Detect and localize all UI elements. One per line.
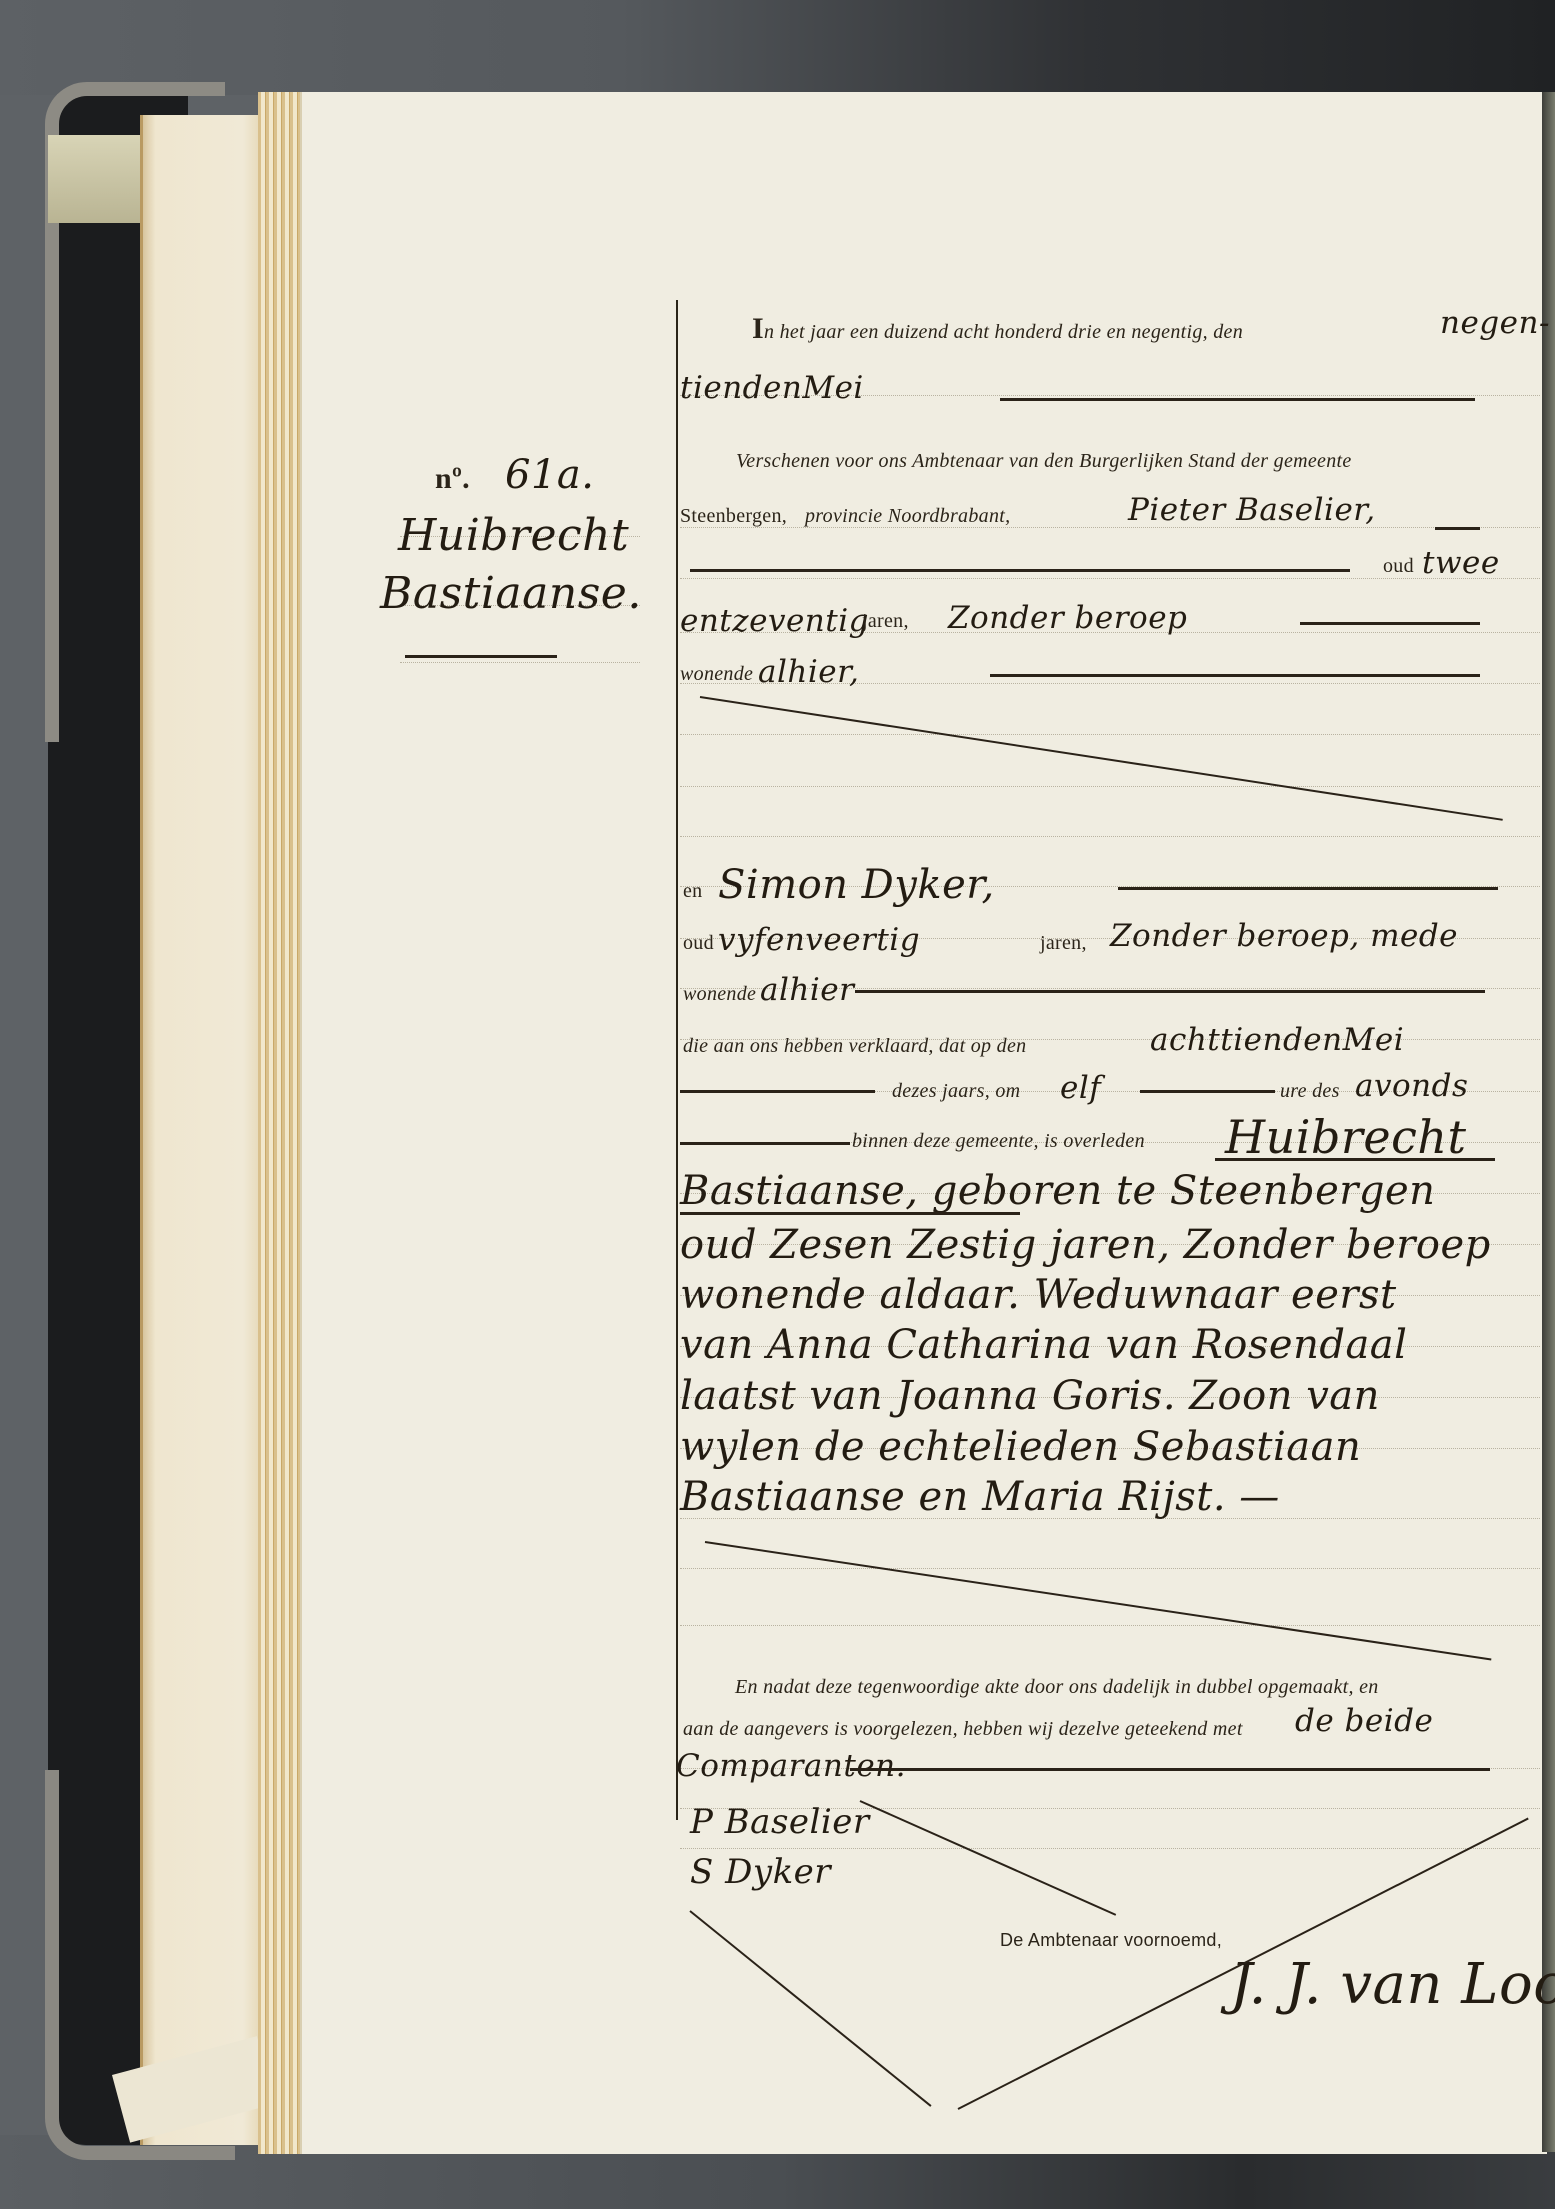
deceased-age-occupation: oud Zesen Zestig jaren, Zonder beroep (680, 1222, 1491, 1268)
comparants: Comparanten. (676, 1748, 906, 1784)
fill-line (850, 1768, 1490, 1771)
declarant1-age-part2: entzeventig (680, 603, 869, 639)
death-time-of-day: avonds (1355, 1068, 1468, 1104)
death-date: achttiendenMei (1150, 1022, 1404, 1058)
text-line-13: binnen deze gemeente, is overleden (852, 1130, 1145, 1153)
ruled-line (680, 734, 1540, 735)
residing-label: wonende (680, 663, 753, 686)
margin-name-first: Huibrecht (398, 510, 629, 561)
closing-line-2: aan de aangevers is voorgelezen, hebben … (683, 1718, 1243, 1741)
fill-line (1000, 398, 1475, 401)
fill-line (680, 1142, 850, 1145)
witness1-signature: P Baselier (690, 1802, 870, 1842)
years-label: jaren, (1040, 932, 1087, 955)
margin-name-last: Bastiaanse. (380, 568, 642, 619)
fill-line (680, 1090, 875, 1093)
fill-line (690, 569, 1350, 572)
fill-line (1300, 622, 1480, 625)
drop-cap: I (752, 312, 764, 345)
ruled-line (680, 1625, 1540, 1626)
entry-number-label: nº. (435, 462, 470, 496)
parents-line2: Bastiaanse en Maria Rijst. — (680, 1474, 1280, 1520)
province-printed: provincie Noordbrabant, (805, 505, 1010, 528)
official-label: De Ambtenaar voornoemd, (1000, 1930, 1222, 1951)
text-line-11: die aan ons hebben verklaard, dat op den (683, 1035, 1026, 1058)
deceased-first-name: Huibrecht (1225, 1110, 1467, 1164)
name-underline (680, 1212, 1020, 1215)
declarant1-occupation: Zonder beroep (948, 600, 1187, 636)
page-right-edge (1542, 92, 1555, 2152)
ruled-line (400, 662, 640, 663)
ruled-line (680, 786, 1540, 787)
declarant1-name: Pieter Baselier, (1128, 492, 1376, 528)
age-label: oud (1383, 555, 1414, 578)
ruled-line (680, 836, 1540, 837)
text-line-12b: ure des (1280, 1080, 1340, 1103)
text-line-12a: dezes jaars, om (892, 1080, 1020, 1103)
years-label: jaren, (862, 610, 909, 633)
declarant2-age: vyfenveertig (718, 922, 920, 958)
ruled-line (680, 1848, 1540, 1849)
name-underline (1215, 1158, 1495, 1161)
handwritten-day-part1: negen- (1440, 305, 1550, 341)
text-line-3: Verschenen voor ons Ambtenaar van den Bu… (736, 450, 1352, 473)
fill-line (1435, 527, 1480, 530)
ruled-line (680, 1568, 1540, 1569)
deceased-residence-status: wonende aldaar. Weduwnaar eerst (680, 1272, 1397, 1318)
death-hour: elf (1060, 1070, 1101, 1106)
entry-number-value: 61a. (505, 452, 594, 498)
left-leaf-page (140, 115, 268, 2145)
first-spouse: van Anna Catharina van Rosendaal (680, 1322, 1407, 1368)
declarant1-residence: alhier, (758, 654, 859, 690)
deceased-surname-birthplace: Bastiaanse, geboren te Steenbergen (680, 1168, 1435, 1214)
last-spouse: laatst van Joanna Goris. Zoon van (680, 1373, 1380, 1419)
declarant1-age-part1: twee (1422, 545, 1500, 581)
declarant2-name: Simon Dyker, (718, 862, 995, 908)
fill-line (1140, 1090, 1275, 1093)
residing-label: wonende (683, 983, 756, 1006)
witness2-signature: S Dyker (690, 1852, 831, 1892)
closing-line-1: En nadat deze tegenwoordige akte door on… (735, 1676, 1379, 1699)
margin-underline (405, 655, 557, 658)
and-label: en (683, 880, 702, 903)
fill-line (1118, 887, 1498, 890)
declarant2-residence: alhier (760, 972, 854, 1008)
municipality-printed: Steenbergen, (680, 505, 787, 528)
handwritten-day-part2: tiendenMei (680, 370, 864, 406)
official-signature: J. J. van Loon (1230, 1952, 1555, 2017)
scanner-background-top (0, 0, 1555, 95)
paper-tab-top (48, 135, 140, 223)
fill-line (990, 674, 1480, 677)
declarant2-occupation: Zonder beroep, mede (1110, 918, 1458, 954)
ruled-line (680, 578, 1540, 579)
fill-line (855, 990, 1485, 993)
printed-text: n het jaar een duizend acht honderd drie… (764, 321, 1243, 343)
signed-with: de beide (1295, 1703, 1433, 1739)
parents-line1: wylen de echtelieden Sebastiaan (680, 1424, 1361, 1470)
text-line-1: In het jaar een duizend acht honderd dri… (752, 312, 1243, 346)
margin-column-rule (676, 300, 678, 1820)
age-label: oud (683, 932, 714, 955)
